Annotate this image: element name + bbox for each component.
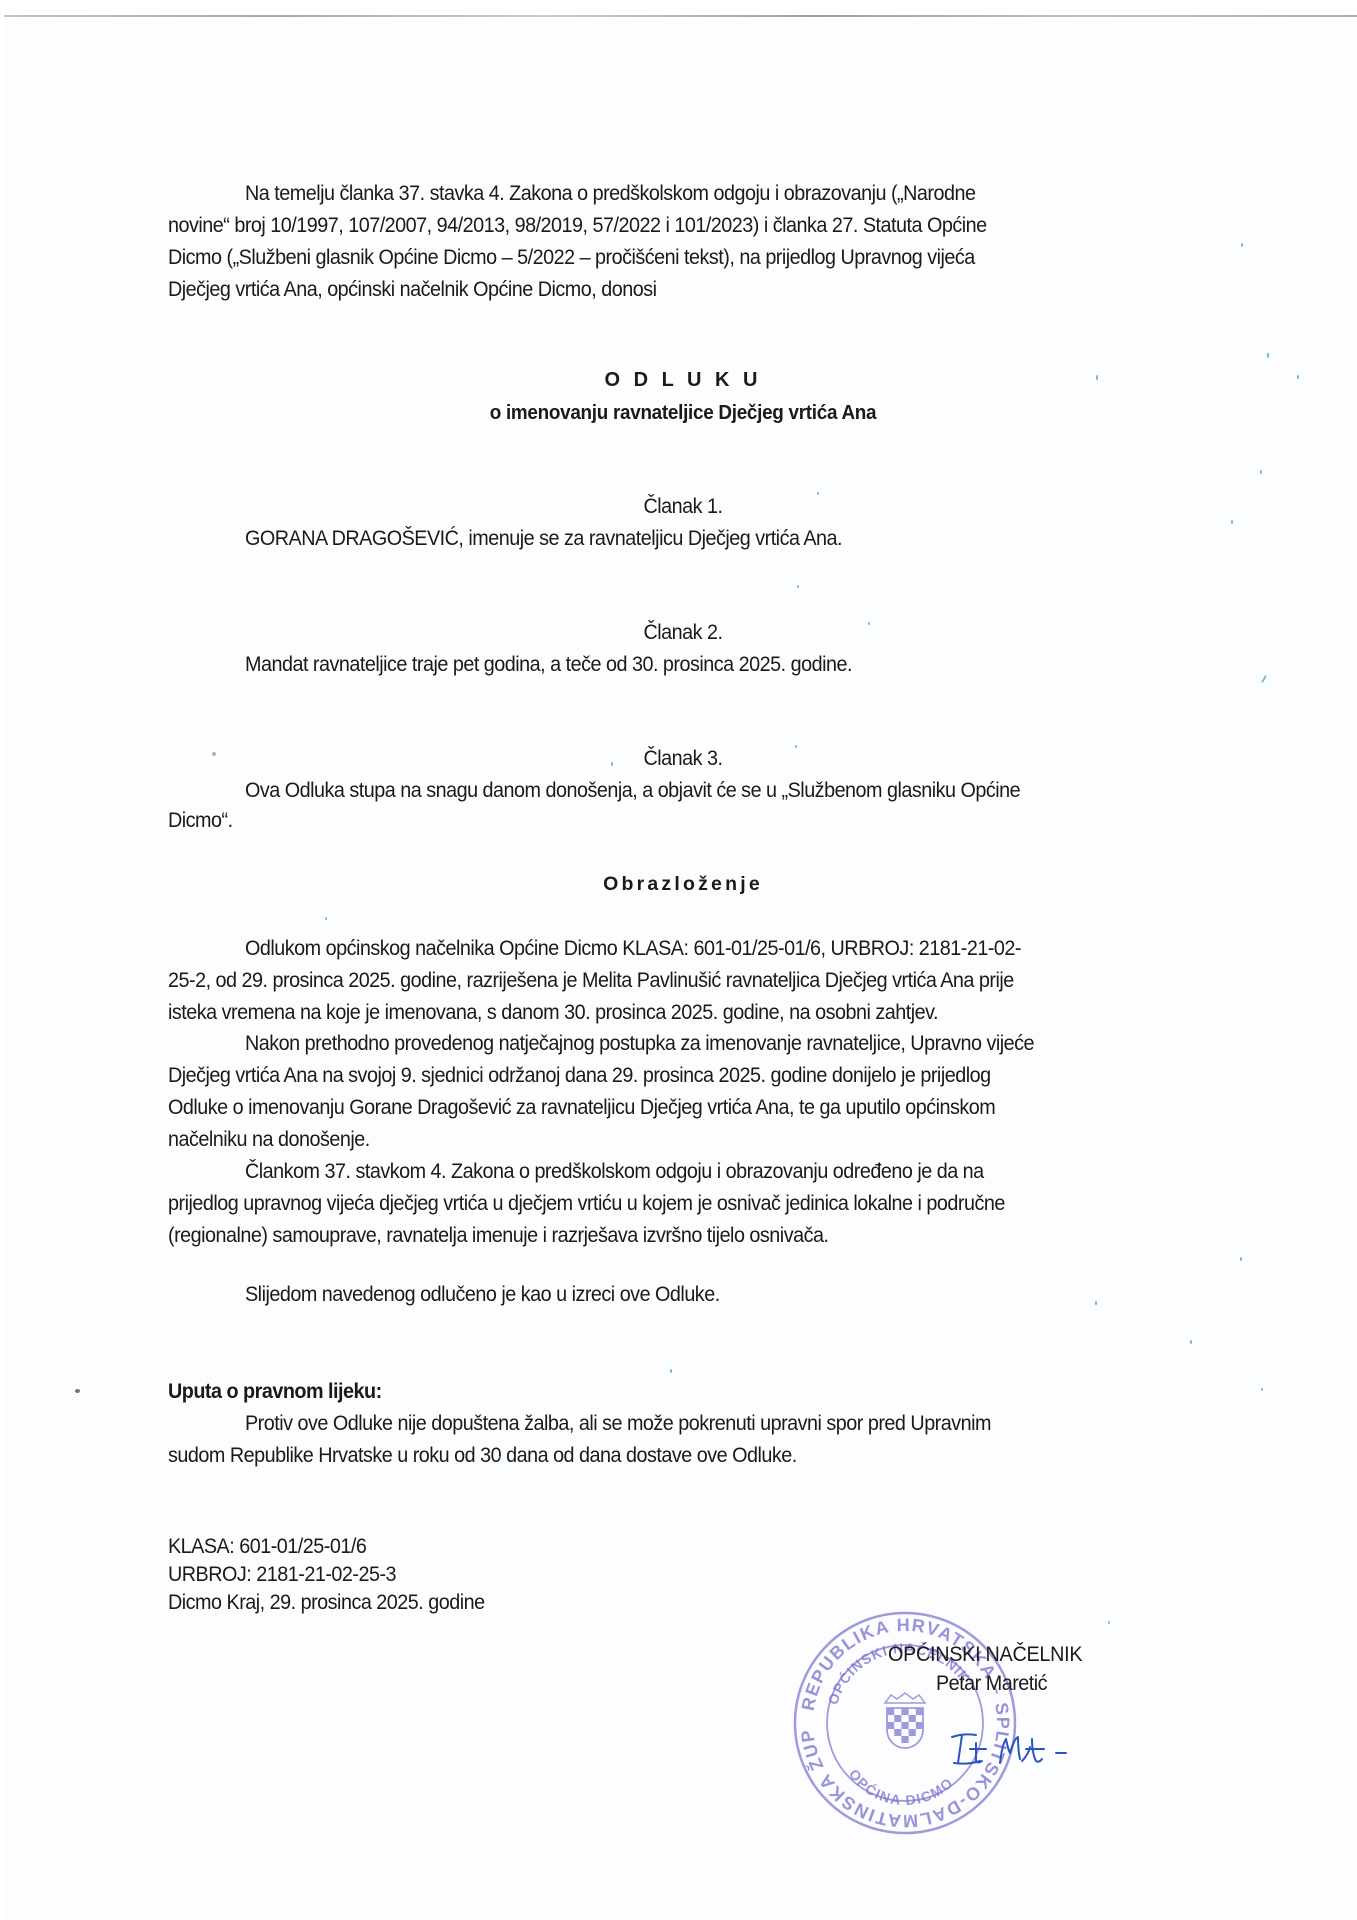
reasoning-line: načelniku na donošenje. bbox=[168, 1127, 370, 1152]
reasoning-line: Nakon prethodno provedenog natječajnog p… bbox=[245, 1031, 1034, 1056]
article-3-text: Dicmo“. bbox=[168, 808, 233, 833]
scan-top-edge bbox=[0, 0, 1357, 20]
article-2-heading: Članak 2. bbox=[643, 620, 722, 645]
intro-line: Na temelju članka 37. stavka 4. Zakona o… bbox=[245, 181, 975, 206]
reasoning-line: prijedlog upravnog vijeća dječjeg vrtića… bbox=[168, 1191, 1005, 1216]
intro-line: Dicmo („Službeni glasnik Općine Dicmo – … bbox=[168, 245, 975, 270]
urbroj-reference: URBROJ: 2181-21-02-25-3 bbox=[168, 1562, 396, 1587]
document-title: O D L U K U bbox=[605, 369, 762, 392]
reasoning-heading: Obrazloženje bbox=[603, 873, 763, 896]
article-3-heading: Članak 3. bbox=[643, 746, 722, 771]
reasoning-line: Slijedom navedenog odlučeno je kao u izr… bbox=[245, 1282, 720, 1307]
signature-name: Petar Maretić bbox=[936, 1671, 1047, 1696]
coat-of-arms-icon bbox=[885, 1693, 925, 1748]
article-1-text: GORANA DRAGOŠEVIĆ, imenuje se za ravnate… bbox=[245, 526, 842, 551]
article-2-text: Mandat ravnateljice traje pet godina, a … bbox=[245, 652, 852, 677]
place-date: Dicmo Kraj, 29. prosinca 2025. godine bbox=[168, 1590, 485, 1615]
document-subtitle: o imenovanju ravnateljice Dječjeg vrtića… bbox=[490, 401, 877, 425]
scan-edge-line bbox=[4, 15, 1357, 17]
reasoning-line: isteka vremena na koje je imenovana, s d… bbox=[168, 1000, 938, 1025]
article-1-heading: Članak 1. bbox=[643, 494, 722, 519]
reasoning-line: Odlukom općinskog načelnika Općine Dicmo… bbox=[245, 936, 1021, 961]
klasa-reference: KLASA: 601-01/25-01/6 bbox=[168, 1534, 366, 1559]
reasoning-line: (regionalne) samouprave, ravnatelja imen… bbox=[168, 1223, 828, 1248]
legal-remedy-line: Protiv ove Odluke nije dopuštena žalba, … bbox=[245, 1411, 991, 1436]
intro-line: novine“ broj 10/1997, 107/2007, 94/2013,… bbox=[168, 213, 987, 238]
reasoning-line: Dječjeg vrtića Ana na svojoj 9. sjednici… bbox=[168, 1063, 991, 1088]
reasoning-line: Odluke o imenovanju Gorane Dragošević za… bbox=[168, 1095, 995, 1120]
intro-line: Dječjeg vrtića Ana, općinski načelnik Op… bbox=[168, 277, 656, 302]
legal-remedy-heading: Uputa o pravnom lijeku: bbox=[168, 1379, 382, 1404]
reasoning-line: 25-2, od 29. prosinca 2025. godine, razr… bbox=[168, 968, 1014, 993]
reasoning-line: Člankom 37. stavkom 4. Zakona o predškol… bbox=[245, 1159, 984, 1184]
article-3-text: Ova Odluka stupa na snagu danom donošenj… bbox=[245, 778, 1020, 803]
handwritten-signature-icon bbox=[950, 1725, 1100, 1775]
signature-role: OPĆINSKI NAČELNIK bbox=[888, 1642, 1082, 1667]
legal-remedy-line: sudom Republike Hrvatske u roku od 30 da… bbox=[168, 1443, 797, 1468]
